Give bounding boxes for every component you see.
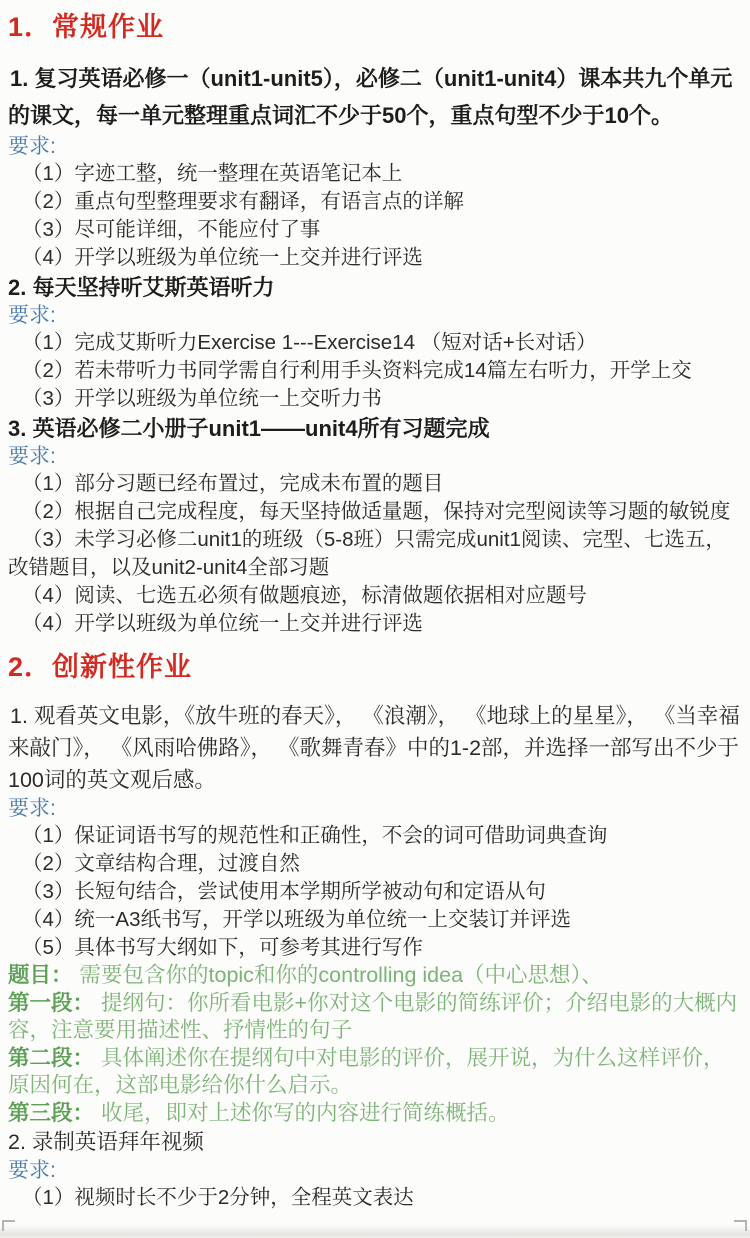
assignment-item: 2. 录制英语拜年视频	[8, 1127, 746, 1158]
outline-text: 收尾，即对上述你写的内容进行简练概括。	[101, 1101, 510, 1125]
assignment-item: 1. 观看英文电影，《放牛班的春天》， 《浪潮》， 《地球上的星星》， 《当幸福…	[8, 700, 746, 796]
requirement-line: （1）字迹工整，统一整理在英语笔记本上	[8, 160, 746, 188]
assignment-item: 3. 英语必修二小册子unit1——unit4所有习题完成	[8, 413, 746, 444]
section-heading: 1．常规作业	[8, 10, 746, 44]
outline-label: 第三段：	[8, 1101, 94, 1125]
requirement-line: （2）若未带听力书同学需自行利用手头资料完成14篇左右听力，开学上交	[8, 357, 746, 385]
assignment-item: 2. 每天坚持听艾斯英语听力	[8, 272, 746, 303]
outline-line: 第二段：具体阐述你在提纲句中对电影的评价，展开说，为什么这样评价，原因何在，这部…	[8, 1045, 746, 1100]
requirements-label: 要求:	[8, 134, 746, 160]
requirement-line: （2）根据自己完成程度，每天坚持做适量题，保持对完型阅读等习题的敏锐度	[8, 498, 746, 526]
requirement-line: （3）尽可能详细，不能应付了事	[8, 216, 746, 244]
homework-document: 1．常规作业1. 复习英语必修一（unit1-unit5），必修二（unit1-…	[0, 0, 750, 1212]
outline-text: 需要包含你的topic和你的controlling idea（中心思想）、	[80, 963, 603, 987]
requirement-line: （4）开学以班级为单位统一上交并进行评选	[8, 610, 746, 638]
requirement-line: （1）保证词语书写的规范性和正确性，不会的词可借助词典查询	[8, 822, 746, 850]
requirements-label: 要求:	[8, 1158, 746, 1184]
requirement-line: （1）部分习题已经布置过，完成未布置的题目	[8, 470, 746, 498]
assignment-item: 1. 复习英语必修一（unit1-unit5），必修二（unit1-unit4）…	[8, 60, 746, 134]
requirement-line: （5）具体书写大纲如下，可参考其进行写作	[8, 934, 746, 962]
requirement-line: （4）统一A3纸书写，开学以班级为单位统一上交装订并评选	[8, 906, 746, 934]
table-corner-mark-right	[734, 1220, 747, 1231]
requirement-line: （4）阅读、七选五必须有做题痕迹，标清做题依据相对应题号	[8, 582, 746, 610]
requirements-label: 要求:	[8, 796, 746, 822]
section-heading: 2．创新性作业	[8, 650, 746, 684]
outline-label: 题目：	[8, 963, 73, 987]
outline-line: 第三段：收尾，即对上述你写的内容进行简练概括。	[8, 1100, 746, 1128]
page-bottom-shadow	[0, 1225, 750, 1238]
table-corner-mark-left	[2, 1220, 15, 1231]
requirement-line: （3）开学以班级为单位统一上交听力书	[8, 385, 746, 413]
requirements-label: 要求:	[8, 444, 746, 470]
outline-line: 第一段：提纲句：你所看电影+你对这个电影的简练评价；介绍电影的大概内容，注意要用…	[8, 990, 746, 1045]
outline-text: 提纲句：你所看电影+你对这个电影的简练评价；介绍电影的大概内容，注意要用描述性、…	[8, 991, 737, 1043]
requirement-line: （2）文章结构合理，过渡自然	[8, 850, 746, 878]
requirement-line: （1）完成艾斯听力Exercise 1---Exercise14 （短对话+长对…	[8, 329, 746, 357]
requirement-line: （1）视频时长不少于2分钟，全程英文表达	[8, 1184, 746, 1212]
requirement-line: （2）重点句型整理要求有翻译，有语言点的详解	[8, 188, 746, 216]
outline-label: 第一段：	[8, 991, 94, 1015]
requirement-line: （4）开学以班级为单位统一上交并进行评选	[8, 244, 746, 272]
outline-line: 题目：需要包含你的topic和你的controlling idea（中心思想）、	[8, 962, 746, 990]
requirement-line: （3）未学习必修二unit1的班级（5-8班）只需完成unit1阅读、完型、七选…	[8, 526, 746, 582]
outline-label: 第二段：	[8, 1046, 94, 1070]
requirement-line: （3）长短句结合，尝试使用本学期所学被动句和定语从句	[8, 878, 746, 906]
requirements-label: 要求:	[8, 303, 746, 329]
outline-text: 具体阐述你在提纲句中对电影的评价，展开说，为什么这样评价，原因何在，这部电影给你…	[8, 1046, 725, 1098]
